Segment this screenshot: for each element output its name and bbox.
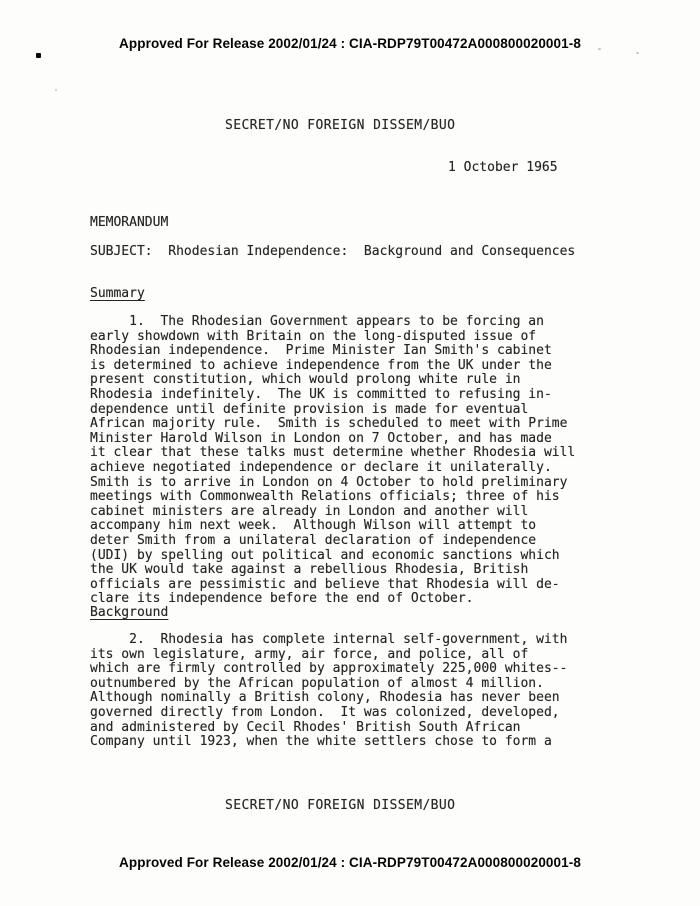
subject-line: SUBJECT: Rhodesian Independence: Backgro… (90, 245, 575, 260)
approval-stamp-bottom: Approved For Release 2002/01/24 : CIA-RD… (0, 855, 700, 870)
scan-dot-artifact (36, 53, 41, 58)
scan-speck (55, 89, 57, 91)
classification-banner-footer: SECRET/NO FOREIGN DISSEM/BUO (225, 799, 455, 814)
memorandum-label: MEMORANDUM (90, 216, 168, 231)
scanned-document-page: Approved For Release 2002/01/24 : CIA-RD… (0, 0, 700, 906)
background-paragraph: 2. Rhodesia has complete internal self-g… (90, 633, 567, 750)
summary-paragraph: 1. The Rhodesian Government appears to b… (90, 315, 575, 607)
approval-stamp-top: Approved For Release 2002/01/24 : CIA-RD… (0, 36, 700, 51)
scan-speck (598, 48, 601, 50)
classification-banner-header: SECRET/NO FOREIGN DISSEM/BUO (225, 119, 455, 134)
scan-speck (636, 52, 639, 54)
summary-section-heading: Summary (90, 287, 145, 302)
background-section-heading: Background (90, 606, 168, 621)
document-date: 1 October 1965 (448, 161, 558, 176)
